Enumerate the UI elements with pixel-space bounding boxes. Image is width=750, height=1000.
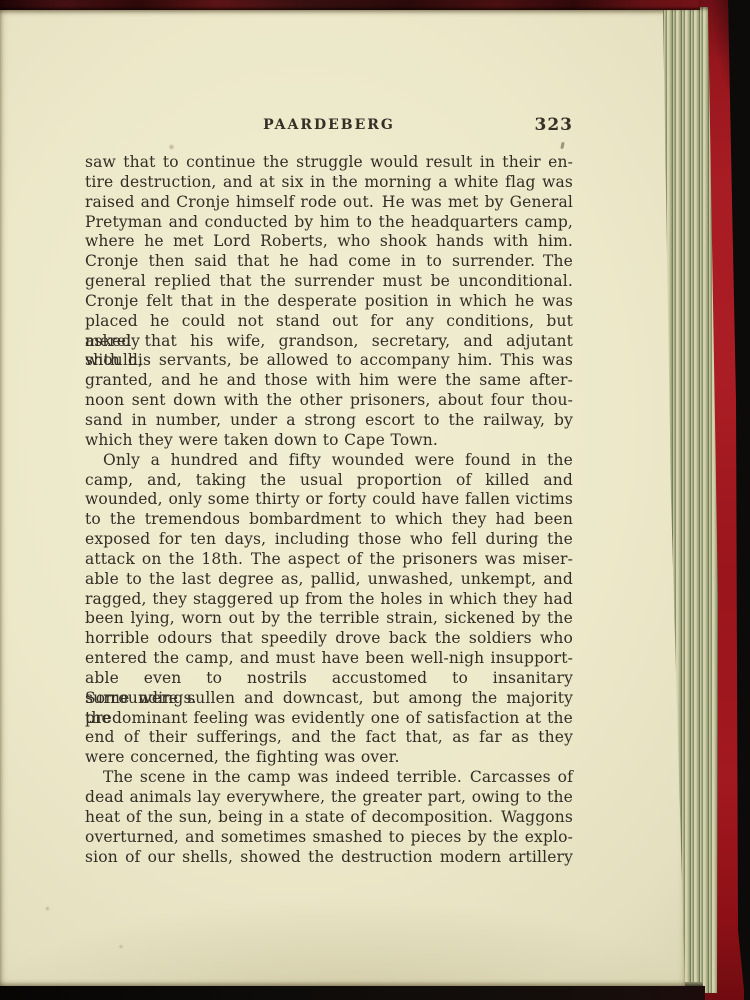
text-line: noon sent down with the other prisoners,… bbox=[85, 391, 573, 411]
running-head: PAARDEBERG 323 bbox=[85, 115, 573, 135]
text-line: with his servants, be allowed to accompa… bbox=[85, 351, 573, 371]
text-line: general replied that the surrender must … bbox=[85, 272, 573, 292]
book-photo: PAARDEBERG 323 saw that to continue the … bbox=[0, 0, 750, 1000]
paper-speck bbox=[45, 906, 50, 911]
paper-speck bbox=[168, 144, 175, 150]
text-line: raised and Cronje himself rode out. He w… bbox=[85, 193, 573, 213]
text-line: end of their sufferings, and the fact th… bbox=[85, 728, 573, 748]
text-line: able even to nostrils accustomed to insa… bbox=[85, 669, 573, 689]
text-line: sion of our shells, showed the destructi… bbox=[85, 848, 573, 868]
text-line: where he met Lord Roberts, who shook han… bbox=[85, 232, 573, 252]
text-line: Cronje then said that he had come in to … bbox=[85, 252, 573, 272]
text-line: dead animals lay everywhere, the greater… bbox=[85, 788, 573, 808]
text-line: predominant feeling was evidently one of… bbox=[85, 709, 573, 729]
text-line: entered the camp, and must have been wel… bbox=[85, 649, 573, 669]
text-line: placed he could not stand out for any co… bbox=[85, 312, 573, 332]
text-line: heat of the sun, being in a state of dec… bbox=[85, 808, 573, 828]
paragraph: Only a hundred and fifty wounded were fo… bbox=[85, 451, 573, 769]
text-line: asked that his wife, grandson, secretary… bbox=[85, 332, 573, 352]
text-line: The scene in the camp was indeed terribl… bbox=[85, 768, 573, 788]
text-line: saw that to continue the struggle would … bbox=[85, 153, 573, 173]
text-line: Pretyman and conducted by him to the hea… bbox=[85, 213, 573, 233]
text-line: tire destruction, and at six in the morn… bbox=[85, 173, 573, 193]
running-head-title: PAARDEBERG bbox=[85, 117, 573, 133]
text-line: horrible odours that speedily drove back… bbox=[85, 629, 573, 649]
text-line: were concerned, the fighting was over. bbox=[85, 748, 573, 768]
text-line: to the tremendous bombardment to which t… bbox=[85, 510, 573, 530]
paper-speck bbox=[118, 944, 124, 949]
text-line: ragged, they staggered up from the holes… bbox=[85, 590, 573, 610]
page-number: 323 bbox=[535, 115, 574, 135]
page-body: saw that to continue the struggle would … bbox=[85, 153, 573, 867]
paragraph: saw that to continue the struggle would … bbox=[85, 153, 573, 451]
text-line: which they were taken down to Cape Town. bbox=[85, 431, 573, 451]
text-line: Only a hundred and fifty wounded were fo… bbox=[85, 451, 573, 471]
text-line: camp, and, taking the usual proportion o… bbox=[85, 471, 573, 491]
text-line: Cronje felt that in the desperate positi… bbox=[85, 292, 573, 312]
text-line: attack on the 18th. The aspect of the pr… bbox=[85, 550, 573, 570]
text-line: been lying, worn out by the terrible str… bbox=[85, 609, 573, 629]
bottom-shadow-strip bbox=[0, 986, 705, 1000]
text-line: wounded, only some thirty or forty could… bbox=[85, 490, 573, 510]
text-line: granted, and he and those with him were … bbox=[85, 371, 573, 391]
text-line: sand in number, under a strong escort to… bbox=[85, 411, 573, 431]
text-line: Some were sullen and downcast, but among… bbox=[85, 689, 573, 709]
book-cover-top-edge bbox=[0, 0, 700, 10]
book-page: PAARDEBERG 323 saw that to continue the … bbox=[0, 10, 686, 986]
paragraph: The scene in the camp was indeed terribl… bbox=[85, 768, 573, 867]
text-line: able to the last degree as, pallid, unwa… bbox=[85, 570, 573, 590]
paper-speck bbox=[560, 142, 564, 149]
text-line: exposed for ten days, including those wh… bbox=[85, 530, 573, 550]
text-line: overturned, and sometimes smashed to pie… bbox=[85, 828, 573, 848]
